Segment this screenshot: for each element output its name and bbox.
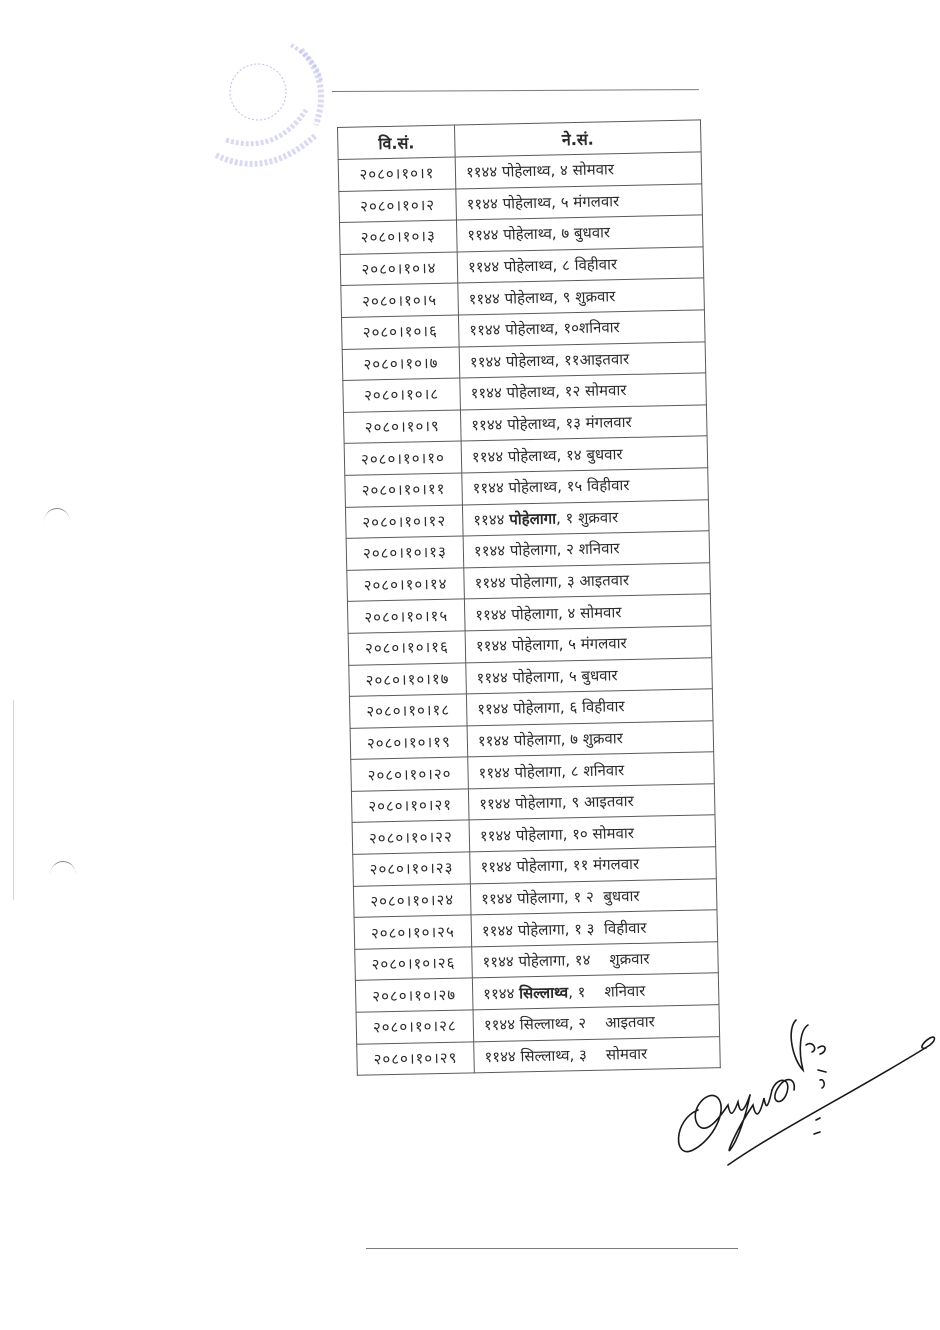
header-bs-date: वि.सं. — [338, 125, 456, 159]
ns-date-cell: ११४४ पोहेलागा, ३ आइतवार — [464, 563, 711, 600]
ns-date-cell: ११४४ पोहेलागा, १० सोमवार — [469, 815, 716, 852]
ns-date-cell: ११४४ पोहेलागा, ४ सोमवार — [464, 594, 711, 631]
ns-day-weekday: , ९ आइतवार — [562, 792, 634, 811]
ns-year: ११४४ — [469, 321, 501, 340]
ns-day-weekday: , ८ विहीवार — [552, 255, 617, 274]
ns-month: पोहेलागा — [511, 604, 558, 623]
ns-month: पोहेलाथ्व — [506, 351, 555, 370]
scan-margin-line — [13, 700, 14, 900]
ns-day-weekday: , १० सोमवार — [562, 824, 634, 843]
ns-year: ११४४ — [474, 542, 506, 561]
ns-year: ११४४ — [470, 352, 502, 371]
bs-date-cell: २०८०।१०।२८ — [356, 1010, 474, 1044]
bs-date-cell: २०८०।१०।४ — [340, 252, 458, 286]
bs-date-cell: २०८०।१०।१७ — [349, 662, 467, 696]
ns-day-weekday: , १३ मंगलवार — [556, 413, 632, 433]
ns-year: ११४४ — [481, 889, 513, 908]
ns-year: ११४४ — [480, 858, 512, 877]
ns-date-cell: ११४४ पोहेलाथ्व, ९ शुक्रवार — [458, 278, 705, 315]
ns-date-cell: ११४४ पोहेलाथ्व, ४ सोमवार — [455, 152, 702, 189]
ns-day-weekday: , ९ शुक्रवार — [553, 287, 616, 306]
ns-year: ११४४ — [478, 763, 510, 782]
bs-date-cell: २०८०।१०।८ — [343, 378, 461, 412]
bs-date-cell: २०८०।१०।१ — [338, 157, 456, 191]
ns-year: ११४४ — [475, 605, 507, 624]
ns-day-weekday: , १ ३ विहीवार — [564, 918, 646, 938]
ns-date-cell: ११४४ पोहेलागा, ७ शुक्रवार — [467, 720, 714, 757]
ns-date-cell: ११४४ पोहेलाथ्व, १०शनिवार — [458, 310, 705, 347]
ns-year: ११४४ — [466, 195, 498, 214]
bs-date-cell: २०८०।१०।६ — [341, 315, 459, 349]
bs-date-cell: २०८०।१०।१३ — [346, 536, 464, 570]
ns-year: ११४४ — [480, 826, 512, 845]
ns-month: पोहेलाथ्व — [504, 288, 553, 307]
bs-date-cell: २०८०।१०।२३ — [353, 852, 471, 886]
ns-month: पोहेलाथ्व — [502, 162, 551, 181]
ns-month: पोहेलागा — [518, 920, 565, 939]
ns-date-cell: ११४४ पोहेलागा, ६ विहीवार — [466, 689, 713, 726]
ns-date-cell: ११४४ पोहेलागा, १ २ बुधवार — [470, 878, 717, 915]
ns-date-cell: ११४४ पोहेलाथ्व, १४ बुधवार — [461, 436, 708, 473]
ns-day-weekday: , १५ विहीवार — [557, 476, 630, 496]
ns-date-cell: ११४४ पोहेलागा, ९ आइतवार — [468, 784, 715, 821]
ns-day-weekday: , ३ सोमवार — [569, 1045, 647, 1065]
table-row: २०८०।१०।२९११४४ सिल्लाथ्व, ३ सोमवार — [357, 1036, 721, 1075]
ns-day-weekday: , ६ विहीवार — [560, 697, 625, 716]
ns-month: पोहेलागा — [510, 573, 557, 592]
ns-year: ११४४ — [466, 163, 498, 182]
ns-month: पोहेलाथ्व — [505, 320, 554, 339]
ns-day-weekday: , ११ मंगलवार — [563, 855, 639, 875]
ns-year: ११४४ — [468, 289, 500, 308]
ns-month: सिल्लाथ्व — [520, 1046, 569, 1065]
ns-day-weekday: , १ शुक्रवार — [556, 508, 619, 527]
ns-year: ११४४ — [479, 795, 511, 814]
ns-year: ११४४ — [484, 1047, 516, 1066]
ns-date-cell: ११४४ पोहेलागा, ८ शनिवार — [468, 752, 715, 789]
ns-day-weekday: , ७ बुधवार — [552, 224, 611, 243]
ns-year: ११४४ — [474, 574, 506, 593]
ns-year: ११४४ — [467, 226, 499, 245]
ns-month: पोहेलाथ्व — [508, 478, 557, 497]
ns-date-cell: ११४४ पोहेलाथ्व, ५ मंगलवार — [456, 183, 703, 220]
ns-month: पोहेलाथ्व — [503, 225, 552, 244]
ns-year: ११४४ — [472, 479, 504, 498]
ns-month: सिल्लाथ्व — [520, 1015, 569, 1034]
bs-date-cell: २०८०।१०।११ — [345, 473, 463, 507]
ns-month: पोहेलागा — [512, 667, 559, 686]
ns-day-weekday: , १४ शुक्रवार — [565, 950, 650, 970]
bs-date-cell: २०८०।१०।३ — [340, 220, 458, 254]
ns-year: ११४४ — [482, 921, 514, 940]
bs-date-cell: २०८०।१०।१६ — [348, 631, 466, 665]
ns-day-weekday: , ४ सोमवार — [558, 603, 622, 622]
bs-date-cell: २०८०।१०।२४ — [353, 884, 471, 918]
ns-year: ११४४ — [476, 668, 508, 687]
ns-day-weekday: , २ शनिवार — [556, 540, 619, 559]
ns-day-weekday: , १ २ बुधवार — [564, 887, 640, 907]
punch-hole-mark — [50, 861, 76, 888]
ns-year: ११४४ — [476, 637, 508, 656]
ns-month: पोहेलागा — [514, 730, 561, 749]
ns-month: पोहेलाथ्व — [506, 383, 555, 402]
bs-date-cell: २०८०।१०।९ — [343, 410, 461, 444]
bs-date-cell: २०८०।१०।१५ — [347, 599, 465, 633]
ns-month: पोहेलाथ्व — [507, 415, 556, 434]
ns-day-weekday: , ७ शुक्रवार — [560, 729, 623, 748]
ns-year: ११४४ — [484, 1016, 516, 1035]
ns-year: ११४४ — [483, 984, 515, 1003]
ns-date-cell: ११४४ पोहेलाथ्व, ८ विहीवार — [457, 247, 704, 284]
ns-month: पोहेलाथ्व — [502, 193, 551, 212]
ns-day-weekday: , ३ आइतवार — [557, 571, 629, 590]
ns-date-cell: ११४४ पोहेलागा, ५ मंगलवार — [465, 626, 712, 663]
ns-date-cell: ११४४ पोहेलाथ्व, १५ विहीवार — [462, 468, 709, 505]
ns-month: पोहेलागा — [516, 825, 563, 844]
ns-date-cell: ११४४ पोहेलागा, २ शनिवार — [463, 531, 710, 568]
ns-year: ११४४ — [477, 700, 509, 719]
ns-day-weekday: , १४ बुधवार — [556, 445, 622, 464]
ns-date-cell: ११४४ पोहेलाथ्व, १३ मंगलवार — [460, 405, 707, 442]
bs-date-cell: २०८०।१०।२६ — [355, 947, 473, 981]
bs-date-cell: २०८०।१०।१९ — [350, 726, 468, 760]
ns-day-weekday: , १ शनिवार — [568, 981, 646, 1001]
ns-month: पोहेलाथ्व — [504, 257, 553, 276]
ns-month: पोहेलागा — [518, 952, 565, 971]
bs-date-cell: २०८०।१०।२० — [351, 757, 469, 791]
footer-rule — [366, 1248, 738, 1249]
bs-date-cell: २०८०।१०।२५ — [354, 915, 472, 949]
ns-month: सिल्लाथ्व — [519, 983, 568, 1002]
bs-date-cell: २०८०।१०।१८ — [349, 694, 467, 728]
ns-year: ११४४ — [470, 384, 502, 403]
ns-date-cell: ११४४ पोहेलागा, १ शुक्रवार — [462, 499, 709, 536]
ns-month: पोहेलागा — [513, 699, 560, 718]
bs-date-cell: २०८०।१०।२२ — [352, 820, 470, 854]
header-ns-date: ने.सं. — [454, 120, 701, 157]
ns-month: पोहेलाथ्व — [508, 446, 557, 465]
office-seal-stamp — [196, 40, 346, 180]
ns-date-cell: ११४४ पोहेलागा, ५ बुधवार — [466, 657, 713, 694]
ns-month: पोहेलागा — [515, 794, 562, 813]
ns-month: पोहेलागा — [509, 509, 556, 528]
ns-year: ११४४ — [472, 447, 504, 466]
ns-day-weekday: , ११आइतवार — [554, 350, 629, 370]
ns-date-cell: ११४४ पोहेलाथ्व, ११आइतवार — [459, 341, 706, 378]
calendar-conversion-table: वि.सं. ने.सं. २०८०।१०।१११४४ पोहेलाथ्व, ४… — [337, 119, 721, 1076]
ns-date-cell: ११४४ पोहेलागा, १ ३ विहीवार — [471, 910, 718, 947]
ns-day-weekday: , ५ बुधवार — [559, 666, 618, 685]
ns-day-weekday: , १२ सोमवार — [555, 381, 627, 400]
ns-month: पोहेलागा — [510, 541, 557, 560]
ns-day-weekday: , ४ सोमवार — [550, 161, 614, 180]
ns-date-cell: ११४४ पोहेलागा, ११ मंगलवार — [470, 847, 717, 884]
punch-hole-mark — [44, 508, 70, 535]
ns-date-cell: ११४४ पोहेलागा, १४ शुक्रवार — [472, 942, 719, 979]
bs-date-cell: २०८०।१०।२९ — [357, 1041, 475, 1075]
ns-month: पोहेलागा — [512, 636, 559, 655]
ns-day-weekday: , ५ मंगलवार — [551, 192, 619, 211]
bs-date-cell: २०८०।१०।१० — [344, 441, 462, 475]
ns-date-cell: ११४४ पोहेलाथ्व, ७ बुधवार — [456, 215, 703, 252]
ns-date-cell: ११४४ पोहेलाथ्व, १२ सोमवार — [460, 373, 707, 410]
ns-month: पोहेलागा — [514, 762, 561, 781]
ns-month: पोहेलागा — [517, 888, 564, 907]
bs-date-cell: २०८०।१०।२१ — [351, 789, 469, 823]
header-rule — [332, 89, 699, 92]
ns-month: पोहेलागा — [516, 857, 563, 876]
handwritten-signature — [668, 990, 938, 1175]
ns-year: ११४४ — [482, 953, 514, 972]
bs-date-cell: २०८०।१०।२ — [339, 189, 457, 223]
bs-date-cell: २०८०।१०।२७ — [355, 978, 473, 1012]
ns-day-weekday: , ८ शनिवार — [561, 761, 624, 780]
ns-year: ११४४ — [471, 416, 503, 435]
bs-date-cell: २०८०।१०।१२ — [345, 504, 463, 538]
ns-year: ११४४ — [478, 732, 510, 751]
bs-date-cell: २०८०।१०।७ — [342, 347, 460, 381]
bs-date-cell: २०८०।१०।५ — [341, 283, 459, 317]
ns-day-weekday: , १०शनिवार — [554, 318, 620, 337]
bs-date-cell: २०८०।१०।१४ — [347, 568, 465, 602]
ns-day-weekday: , ५ मंगलवार — [558, 634, 626, 653]
ns-year: ११४४ — [473, 510, 505, 529]
ns-year: ११४४ — [468, 258, 500, 277]
ns-day-weekday: , २ आइतवार — [569, 1013, 655, 1033]
